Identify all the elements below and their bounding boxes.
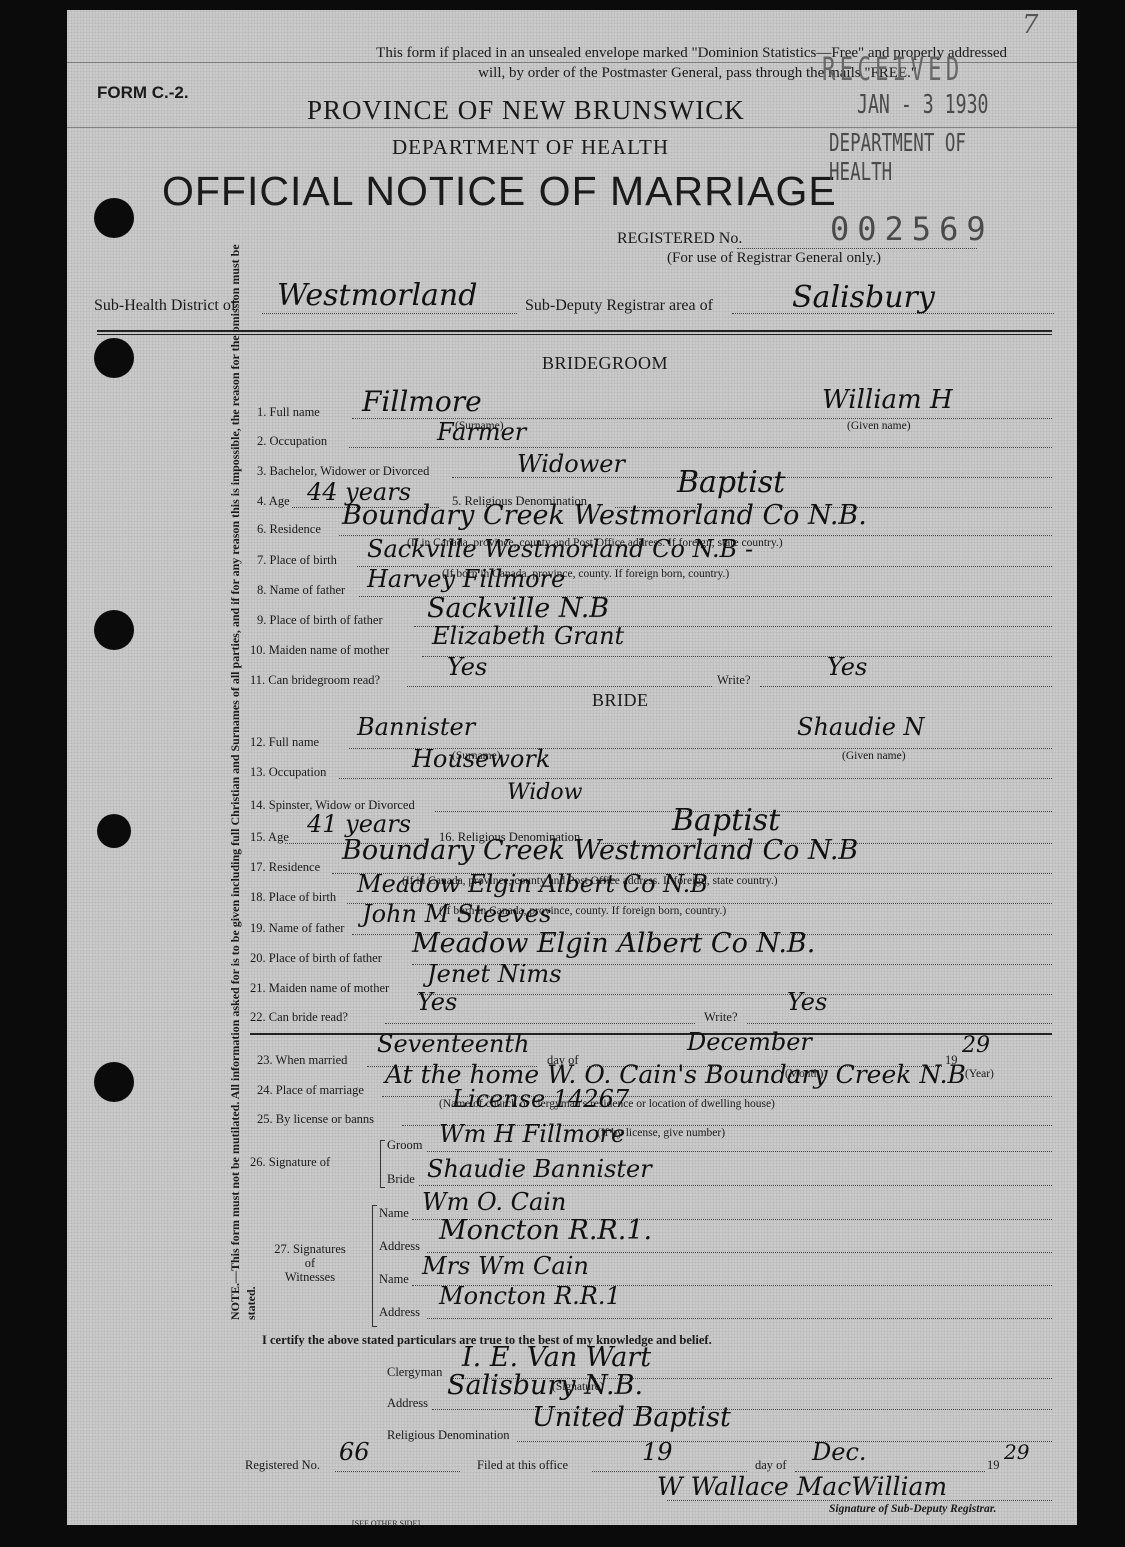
groom-residence: Boundary Creek Westmorland Co N.B. (342, 500, 867, 531)
groom-write-label: Write? (717, 673, 751, 688)
clergyman-address: Salisbury N.B. (447, 1370, 643, 1401)
witness2-name-label: Name (379, 1272, 409, 1287)
bride-father-label: 19. Name of father (250, 921, 344, 936)
punch-hole (94, 198, 134, 238)
filed-year: 29 (1004, 1440, 1029, 1464)
registered-number-label: REGISTERED No. (617, 230, 742, 248)
punch-hole (94, 338, 134, 378)
filed-day: 19 (642, 1438, 673, 1466)
groom-status-label: 3. Bachelor, Widower or Divorced (257, 464, 429, 479)
punch-hole (94, 610, 134, 650)
groom-birthplace-label: 7. Place of birth (257, 553, 337, 568)
filed-year-prefix: 19 (987, 1458, 1000, 1473)
department-heading: DEPARTMENT OF HEALTH (392, 135, 669, 160)
bride-residence: Boundary Creek Westmorland Co N.B (342, 835, 858, 866)
registered-number-note: (For use of Registrar General only.) (667, 250, 881, 267)
bride-signature-label: Bride (387, 1172, 415, 1187)
bride-age: 41 years (307, 810, 411, 838)
groom-read-label: 11. Can bridegroom read? (250, 673, 380, 688)
sub-deputy-area-label: Sub-Deputy Registrar area of (525, 297, 713, 315)
filed-day-of-label: day of (755, 1458, 787, 1473)
page-mark: 7 (1022, 10, 1039, 40)
registered-number-value: 002569 (830, 210, 994, 248)
bride-mother: Jenet Nims (427, 960, 562, 988)
bride-religion: Baptist (672, 803, 780, 838)
bridegroom-heading: BRIDEGROOM (542, 353, 668, 374)
bride-full-name-label: 12. Full name (250, 735, 319, 750)
filed-month: Dec. (812, 1438, 867, 1466)
bride-status: Widow (507, 780, 582, 805)
sub-health-district-label: Sub-Health District of (94, 297, 236, 315)
witness2-name: Mrs Wm Cain (422, 1252, 589, 1280)
witness1-name-label: Name (379, 1206, 409, 1221)
witness1-name: Wm O. Cain (422, 1188, 566, 1216)
bride-write: Yes (787, 988, 827, 1016)
clergyman-signature: I. E. Van Wart (462, 1342, 651, 1373)
bride-surname: Bannister (357, 713, 475, 741)
groom-father: Harvey Fillmore (367, 565, 565, 593)
bride-mother-label: 21. Maiden name of mother (250, 981, 389, 996)
bride-read: Yes (417, 988, 457, 1016)
registrar-caption: Signature of Sub-Deputy Registrar. (829, 1503, 996, 1515)
signature-of-label: 26. Signature of (250, 1155, 330, 1170)
groom-age-label: 4. Age (257, 494, 290, 509)
witnesses-label: 27. Signatures of Witnesses (250, 1242, 370, 1284)
place-of-marriage-label: 24. Place of marriage (257, 1083, 364, 1098)
bride-occupation-label: 13. Occupation (250, 765, 326, 780)
bride-father: John M Steeves (362, 900, 551, 928)
department-stamp: DEPARTMENT OF HEALTH (829, 128, 1003, 186)
groom-mother: Elizabeth Grant (432, 622, 624, 650)
license-number: License 14267 (452, 1085, 629, 1113)
page-title: OFFICIAL NOTICE OF MARRIAGE (162, 168, 837, 215)
groom-given-name: William H (822, 385, 953, 415)
registered-no: 66 (339, 1438, 370, 1466)
clergyman-religion-label: Religious Denomination (387, 1428, 510, 1443)
province-heading: PROVINCE OF NEW BRUNSWICK (307, 95, 745, 126)
groom-signature-label: Groom (387, 1138, 422, 1153)
sub-deputy-area-value: Salisbury (792, 280, 935, 315)
witness2-address: Moncton R.R.1 (439, 1282, 621, 1310)
clergyman-label: Clergyman (387, 1365, 442, 1380)
groom-residence-label: 6. Residence (257, 522, 321, 537)
witness1-address: Moncton R.R.1. (439, 1215, 652, 1246)
bride-birthplace: Meadow Elgin Albert Co N.B (357, 870, 708, 898)
given-name-caption: (Given name) (847, 420, 911, 432)
witness1-address-label: Address (379, 1239, 420, 1254)
bride-age-label: 15. Age (250, 830, 289, 845)
bride-father-birthplace: Meadow Elgin Albert Co N.B. (412, 928, 815, 959)
license-label: 25. By license or banns (257, 1112, 374, 1127)
marriage-day: Seventeenth (377, 1030, 529, 1058)
bride-heading: BRIDE (592, 690, 649, 711)
received-stamp: RECEIVED (822, 50, 963, 88)
bride-read-label: 22. Can bride read? (250, 1010, 348, 1025)
given-name-caption: (Given name) (842, 750, 906, 762)
see-other-side-note: [SEE OTHER SIDE] (352, 1519, 420, 1528)
bride-occupation: Housework (412, 745, 550, 773)
witness2-address-label: Address (379, 1305, 420, 1320)
groom-occupation-label: 2. Occupation (257, 434, 327, 449)
groom-religion: Baptist (677, 465, 785, 500)
filed-label: Filed at this office (477, 1458, 568, 1473)
groom-father-birthplace-label: 9. Place of birth of father (257, 613, 383, 628)
marriage-year: 29 (962, 1033, 990, 1058)
bride-signature: Shaudie Bannister (427, 1155, 652, 1183)
punch-hole (97, 814, 131, 848)
punch-hole (94, 1062, 134, 1102)
groom-father-birthplace: Sackville N.B (427, 593, 609, 624)
registered-no-label: Registered No. (245, 1458, 320, 1473)
groom-signature: Wm H Fillmore (439, 1120, 625, 1148)
groom-full-name-label: 1. Full name (257, 405, 320, 420)
when-married-label: 23. When married (257, 1053, 347, 1068)
groom-write: Yes (827, 653, 867, 681)
clergyman-religion: United Baptist (532, 1402, 731, 1433)
clergyman-address-label: Address (387, 1396, 428, 1411)
sub-health-district-value: Westmorland (277, 278, 477, 313)
groom-status: Widower (517, 450, 625, 478)
groom-read: Yes (447, 653, 487, 681)
received-date-stamp: JAN - 3 1930 (857, 90, 988, 120)
bride-birthplace-label: 18. Place of birth (250, 890, 336, 905)
bride-residence-label: 17. Residence (250, 860, 320, 875)
registrar-signature: W Wallace MacWilliam (657, 1472, 947, 1501)
groom-birthplace: Sackville Westmorland Co N.B - (367, 535, 753, 563)
year-caption: (Year) (965, 1068, 994, 1080)
groom-occupation: Farmer (437, 418, 526, 446)
form-number: FORM C.-2. (97, 83, 189, 103)
bride-write-label: Write? (704, 1010, 738, 1025)
marriage-notice-form: This form if placed in an unsealed envel… (67, 10, 1077, 1525)
groom-surname: Fillmore (362, 385, 482, 418)
bride-father-birthplace-label: 20. Place of birth of father (250, 951, 382, 966)
marriage-month: December (687, 1028, 812, 1056)
groom-mother-label: 10. Maiden name of mother (250, 643, 389, 658)
bride-given-name: Shaudie N (797, 713, 925, 741)
groom-father-label: 8. Name of father (257, 583, 345, 598)
